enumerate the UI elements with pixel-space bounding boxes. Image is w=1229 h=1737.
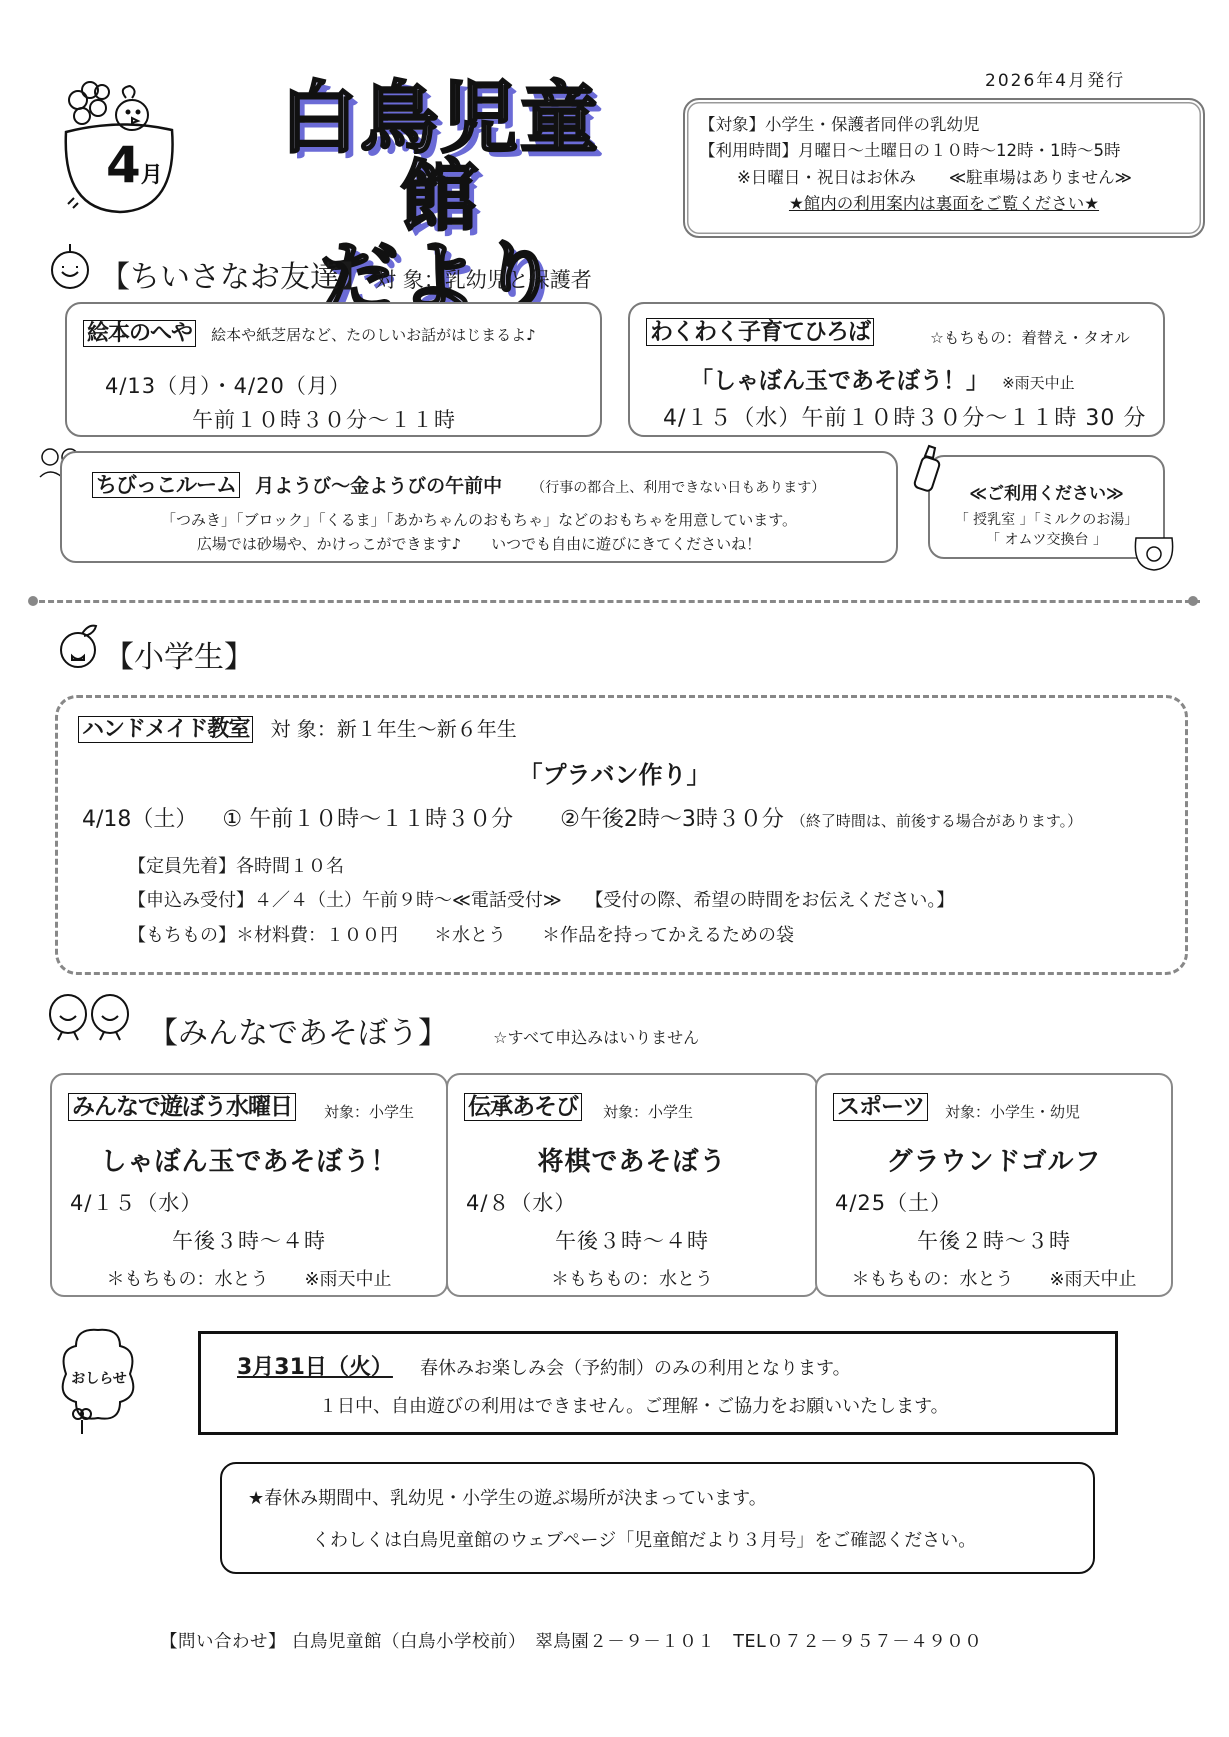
baby-bottle-icon <box>913 442 943 494</box>
section-divider <box>30 600 1200 604</box>
info-hours: 【利用時間】月曜日～土曜日の１０時～12時・1時～5時 <box>699 138 1189 164</box>
handmade-target: 対 象：新１年生～新６年生 <box>270 717 516 741</box>
everyone-note: ☆すべて申込みはいりません <box>493 1028 699 1047</box>
notice-line-2: １日中、自由遊びの利用はできません。ご理解・ご協力をお願いいたします。 <box>319 1392 949 1418</box>
activity-2-bring: ＊もちもの：水とう <box>448 1265 816 1291</box>
spring-line-2: くわしくは白鳥児童館のウェブページ「児童館だより３月号」をご確認ください。 <box>312 1526 976 1552</box>
activity-1-date: 4/１５（水） <box>70 1187 202 1217</box>
ehon-time: 午前１０時３０分～１１時 <box>192 404 456 434</box>
notice-badge: おしらせ <box>56 1326 142 1436</box>
notice-badge-label: おしらせ <box>56 1368 142 1388</box>
activity-2-time: 午後３時～４時 <box>448 1225 816 1255</box>
facilities-line1: 「 授乳室 」「ミルクのお湯」 <box>930 509 1163 529</box>
chibikko-label: ちびっこルーム <box>92 472 240 498</box>
ehon-desc: 絵本や紙芝居など、たのしいお話がはじまるよ♪ <box>211 326 536 344</box>
handmade-apply-note: 【受付の際、希望の時間をお伝えください。】 <box>585 890 954 911</box>
activity-2-date: 4/８（水） <box>466 1187 576 1217</box>
month-number: 4 <box>106 136 141 194</box>
notice-box: 3月31日（火） 春休みお楽しみ会（予約制）のみの利用となります。 １日中、自由… <box>198 1331 1118 1435</box>
activity-3-date: 4/25（土） <box>835 1187 952 1217</box>
activity-3-time: 午後２時～３時 <box>817 1225 1171 1255</box>
wakuwaku-bring: ☆もちもの：着替え・タオル <box>930 326 1130 348</box>
ehon-label: 絵本のへや <box>83 320 196 347</box>
activity-3-title: グラウンドゴルフ <box>817 1141 1171 1178</box>
activity-2-target: 対象：小学生 <box>603 1101 693 1122</box>
infants-target: 対 象：乳幼児と保護者 <box>375 268 592 292</box>
activity-2-title: 将棋であそぼう <box>448 1141 816 1178</box>
info-closed: ※日曜日・祝日はお休み ≪駐車場はありません≫ <box>699 165 1189 191</box>
handmade-session-1: ① 午前１０時～１１時３０分 <box>222 807 513 832</box>
chibikko-note: （行事の都合上、利用できない日もあります） <box>531 480 825 496</box>
activity-card-3: スポーツ 対象：小学生・幼児 グラウンドゴルフ 4/25（土） 午後２時～３時 … <box>815 1073 1173 1297</box>
facilities-title: ≪ご利用ください≫ <box>930 479 1163 504</box>
title-line-1: 白鳥児童館 <box>250 80 630 236</box>
notice-date: 3月31日（火） <box>237 1355 415 1380</box>
chibikko-schedule: 月ようび～金ようびの午前中 <box>255 475 502 497</box>
divider-end-right <box>1188 596 1198 606</box>
spring-break-box: ★春休み期間中、乳幼児・小学生の遊ぶ場所が決まっています。 くわしくは白鳥児童館… <box>220 1462 1095 1574</box>
handmade-label: ハンドメイド教室 <box>78 716 253 743</box>
wakuwaku-datetime: 4/１５（水）午前１０時３０分～１１時 30 分 <box>663 401 1146 432</box>
handmade-apply: 【申込み受付】４／４（土）午前９時～≪電話受付≫ <box>128 890 562 911</box>
handmade-bring: 【もちもの】＊材料費：１００円 ＊水とう ＊作品を持ってかえるための袋 <box>128 921 794 947</box>
handmade-capacity: 【定員先着】各時間１０名 <box>128 852 344 878</box>
chibikko-line2: 広場では砂場や、かけっこができます♪ いつでも自由に遊びにきてくださいね！ <box>62 533 896 554</box>
activity-card-1: みんなで遊ぼう水曜日 対象：小学生 しゃぼん玉であそぼう！ 4/１５（水） 午後… <box>50 1073 448 1297</box>
spring-line-1: ★春休み期間中、乳幼児・小学生の遊ぶ場所が決まっています。 <box>248 1484 767 1510</box>
facilities-line2: 「 オムツ交換台 」 <box>930 529 1163 549</box>
issue-date: 2026年4月発行 <box>985 66 1125 91</box>
activity-3-label: スポーツ <box>833 1093 928 1121</box>
everyone-heading: 【みんなであそぼう】 <box>148 1016 448 1051</box>
month-badge-illustration: 4月 <box>60 70 180 220</box>
activity-1-target: 対象：小学生 <box>324 1101 414 1122</box>
orange-face-icon <box>58 622 100 670</box>
elementary-heading: 【小学生】 <box>104 632 254 676</box>
footer-contact: 【問い合わせ】 白鳥児童館（白鳥小学校前） 翠鳥園２－９－１０１ TEL０７２－… <box>160 1628 982 1653</box>
activity-3-bring: ＊もちもの：水とう ※雨天中止 <box>817 1265 1171 1291</box>
handmade-date: 4/18（土） <box>82 807 197 832</box>
diaper-bear-icon <box>1132 530 1176 572</box>
info-back-note: ★館内の利用案内は裏面をご覧ください★ <box>789 194 1099 213</box>
activity-1-time: 午後３時～４時 <box>52 1225 446 1255</box>
activity-2-label: 伝承あそび <box>464 1093 582 1121</box>
chibikko-card: ちびっこルーム 月ようび～金ようびの午前中 （行事の都合上、利用できない日もあり… <box>60 451 898 563</box>
apple-face-icon <box>48 242 92 290</box>
handmade-title: 「プラバン作り」 <box>0 755 1229 790</box>
ehon-dates: 4/13（月）・4/20（月） <box>105 370 351 400</box>
activity-1-label: みんなで遊ぼう水曜日 <box>68 1093 296 1121</box>
twin-mascot-icon <box>40 990 144 1042</box>
info-box: 【対象】小学生・保護者同伴の乳幼児 【利用時間】月曜日～土曜日の１０時～12時・… <box>683 98 1205 238</box>
ehon-card: 絵本のへや 絵本や紙芝居など、たのしいお話がはじまるよ♪ 4/13（月）・4/2… <box>65 302 602 437</box>
handmade-end-note: （終了時間は、前後する場合があります。） <box>791 812 1082 830</box>
activity-1-title: しゃぼん玉であそぼう！ <box>52 1141 446 1178</box>
month-unit: 月 <box>141 163 163 188</box>
chibikko-line1: 「つみき」「ブロック」「くるま」「あかちゃんのおもちゃ」などのおもちゃを用意して… <box>62 509 896 530</box>
activity-3-target: 対象：小学生・幼児 <box>945 1101 1080 1122</box>
wakuwaku-card: わくわく子育てひろば ☆もちもの：着替え・タオル 「しゃぼん玉であそぼう！」 ※… <box>628 302 1165 437</box>
activity-1-bring: ＊もちもの：水とう ※雨天中止 <box>52 1265 446 1291</box>
notice-line-1: 春休みお楽しみ会（予約制）のみの利用となります。 <box>420 1358 851 1379</box>
activity-card-2: 伝承あそび 対象：小学生 将棋であそぼう 4/８（水） 午後３時～４時 ＊もちも… <box>446 1073 818 1297</box>
facilities-card: ≪ご利用ください≫ 「 授乳室 」「ミルクのお湯」 「 オムツ交換台 」 <box>928 455 1165 559</box>
wakuwaku-label: わくわく子育てひろば <box>646 318 874 346</box>
wakuwaku-title: 「しゃぼん玉であそぼう！」 <box>690 368 989 394</box>
infants-heading: 【ちいさなお友達】 <box>100 260 370 295</box>
info-target: 【対象】小学生・保護者同伴の乳幼児 <box>699 112 1189 138</box>
infants-heading-row: 【ちいさなお友達】 対 象：乳幼児と保護者 <box>100 252 592 296</box>
handmade-session-2: ②午後2時～3時３０分 <box>560 807 784 832</box>
wakuwaku-rain: ※雨天中止 <box>1002 374 1075 392</box>
